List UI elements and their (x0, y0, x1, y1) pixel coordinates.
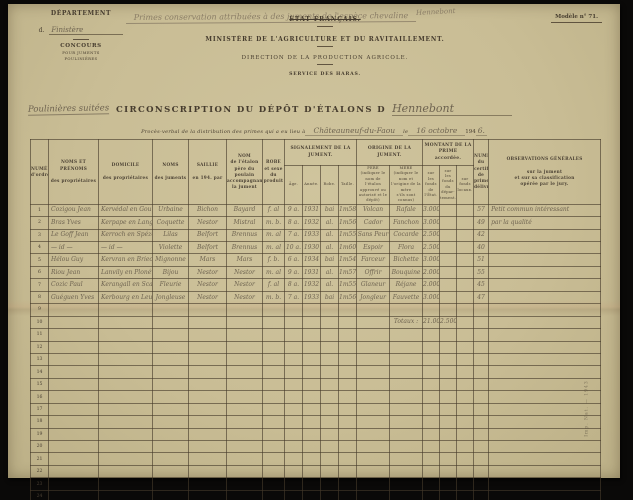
cell-robe_produit (263, 329, 285, 341)
cell-robe_produit: f. al (263, 279, 285, 291)
cell-num: 7 (31, 279, 49, 291)
cell-saillie: Belfort (189, 229, 227, 241)
col-header-observations: OBSERVATIONS GÉNÉRALES sur la jument et … (489, 140, 601, 205)
cell-observations (489, 242, 601, 254)
cell-certificat (474, 341, 489, 353)
cell-jument (153, 403, 189, 415)
cell-orig_mere: Rafale (390, 204, 423, 216)
cell-etalon (227, 353, 263, 365)
cell-prime_dept (440, 204, 457, 216)
table-row: 24 (31, 490, 601, 500)
cell-certificat: 40 (474, 242, 489, 254)
cell-sig_taille: 1m58 (339, 204, 357, 216)
cell-noms: Cozigou Jean (49, 204, 99, 216)
cell-num: 23 (31, 478, 49, 490)
cell-etalon (227, 441, 263, 453)
cell-prime_dept (440, 304, 457, 316)
cell-sig_robe: al. (321, 229, 339, 241)
cell-prime_etat: 2.000 (423, 279, 440, 291)
cell-sig_taille (339, 478, 357, 490)
cell-robe_produit (263, 378, 285, 390)
cell-prime_etat: 2.000 (423, 266, 440, 278)
cell-certificat (474, 353, 489, 365)
direction-line: DIRECTION DE LA PRODUCTION AGRICOLE. (175, 55, 475, 61)
cell-certificat: 51 (474, 254, 489, 266)
cell-num: 20 (31, 441, 49, 453)
cell-etalon: Nestor (227, 266, 263, 278)
subcol-header-pere: PÈRE (indiquer le nom de l'étalon approu… (357, 166, 390, 205)
table-row: 19 (31, 428, 601, 440)
page-title: CIRCONSCRIPTION DU DÉPÔT D'ÉTALONS D (116, 105, 386, 115)
cell-prime_locaux (457, 242, 474, 254)
cell-domicile: — id — (99, 242, 153, 254)
cell-sig_age (285, 441, 303, 453)
cell-noms (49, 465, 99, 477)
cell-sig_age: 8 a. (285, 279, 303, 291)
cell-etalon (227, 378, 263, 390)
subcol-header-taille: Taille. (339, 166, 357, 205)
cell-domicile (99, 490, 153, 500)
table-row: 9 (31, 304, 601, 316)
cell-num: 2 (31, 217, 49, 229)
group-header-signalement: SIGNALEMENT DE LA JUMENT. (285, 140, 357, 166)
cell-etalon (227, 490, 263, 500)
cell-prime_locaux (457, 229, 474, 241)
cell-noms (49, 341, 99, 353)
cell-orig_mere: Flora (390, 242, 423, 254)
cell-observations (489, 291, 601, 303)
document-page: DÉPARTEMENT d. Finistère CONCOURS POUR J… (8, 4, 620, 478)
cell-sig_age (285, 416, 303, 428)
cell-prime_dept (440, 366, 457, 378)
cell-prime_dept (440, 254, 457, 266)
cell-observations (489, 266, 601, 278)
cell-sig_annee (303, 428, 321, 440)
cell-sig_robe: al. (321, 217, 339, 229)
cell-certificat (474, 465, 489, 477)
cell-orig_pere (357, 416, 390, 428)
departement-prefix: d. (39, 27, 45, 34)
cell-prime_locaux (457, 465, 474, 477)
cell-sig_taille (339, 490, 357, 500)
cell-observations (489, 254, 601, 266)
cell-domicile: Kerbourg en Leuhan (99, 291, 153, 303)
cell-sig_annee (303, 416, 321, 428)
cell-domicile (99, 465, 153, 477)
cell-etalon (227, 366, 263, 378)
cell-orig_pere (357, 316, 390, 328)
cell-saillie (189, 391, 227, 403)
cell-etalon (227, 304, 263, 316)
cell-sig_robe (321, 304, 339, 316)
cell-prime_dept (440, 453, 457, 465)
cell-orig_pere: Farceur (357, 254, 390, 266)
cell-robe_produit (263, 465, 285, 477)
cell-etalon: Mars (227, 254, 263, 266)
table-row: 21 (31, 453, 601, 465)
cell-robe_produit (263, 391, 285, 403)
cell-prime_dept (440, 266, 457, 278)
cell-sig_age: 9 a. (285, 204, 303, 216)
cell-observations (489, 229, 601, 241)
cell-prime_locaux (457, 428, 474, 440)
cell-orig_mere (390, 453, 423, 465)
cell-certificat: 49 (474, 217, 489, 229)
cell-sig_robe: bai (321, 254, 339, 266)
cell-jument (153, 366, 189, 378)
cell-domicile (99, 391, 153, 403)
cell-certificat (474, 378, 489, 390)
cell-sig_annee (303, 366, 321, 378)
modele-number: Modèle n° 71. (551, 14, 602, 23)
subcol-header-age: Âge. (285, 166, 303, 205)
cell-noms (49, 453, 99, 465)
cell-prime_etat (423, 391, 440, 403)
table-row: 3Le Goff JeanKerroch en SpézetLilasBelfo… (31, 229, 601, 241)
cell-robe_produit (263, 490, 285, 500)
cell-num: 22 (31, 465, 49, 477)
table-row: 4— id —— id —VioletteBelfortBrennusm. al… (31, 242, 601, 254)
cell-observations (489, 304, 601, 316)
cell-robe_produit (263, 366, 285, 378)
cell-sig_age (285, 403, 303, 415)
cell-certificat (474, 304, 489, 316)
cell-prime_locaux (457, 279, 474, 291)
cell-jument (153, 465, 189, 477)
cell-orig_pere (357, 329, 390, 341)
cell-sig_taille (339, 341, 357, 353)
cell-prime_etat (423, 341, 440, 353)
cell-sig_robe (321, 453, 339, 465)
cell-orig_mere (390, 341, 423, 353)
cell-sig_age: 7 a. (285, 291, 303, 303)
cell-sig_age (285, 329, 303, 341)
divider-rule (317, 64, 333, 65)
cell-etalon (227, 391, 263, 403)
cell-orig_mere (390, 428, 423, 440)
cell-noms (49, 478, 99, 490)
cell-saillie (189, 403, 227, 415)
cell-etalon: Brennus (227, 229, 263, 241)
date-handwritten: 16 octobre (408, 126, 465, 136)
cell-domicile (99, 341, 153, 353)
table-row: 16 (31, 391, 601, 403)
cell-observations (489, 341, 601, 353)
cell-sig_age (285, 304, 303, 316)
table-row: 17 (31, 403, 601, 415)
col-header-robe-produit: ROBE et sexe du produit (263, 140, 285, 205)
cell-certificat (474, 428, 489, 440)
cell-orig_mere: Bouquine (390, 266, 423, 278)
cell-sig_robe (321, 316, 339, 328)
cell-certificat (474, 416, 489, 428)
cell-sig_annee: 1930 (303, 242, 321, 254)
cell-observations: Petit commun intéressant (489, 204, 601, 216)
cell-prime_dept (440, 341, 457, 353)
cell-domicile: Kervédal en Gourin (99, 204, 153, 216)
cell-orig_mere (390, 353, 423, 365)
cell-num: 10 (31, 316, 49, 328)
cell-num: 6 (31, 266, 49, 278)
table-row: 10Totaux :21.0002.500 (31, 316, 601, 328)
cell-prime_dept: 2.500 (440, 316, 457, 328)
cell-sig_age: 7 a. (285, 229, 303, 241)
cell-orig_pere (357, 478, 390, 490)
cell-robe_produit (263, 353, 285, 365)
year-handwritten: 6. (476, 126, 487, 136)
cell-etalon (227, 428, 263, 440)
cell-sig_taille (339, 378, 357, 390)
cell-sig_age: 10 a. (285, 242, 303, 254)
table-row: 14 (31, 366, 601, 378)
cell-observations: par la qualité (489, 217, 601, 229)
cell-etalon (227, 465, 263, 477)
cell-sig_annee: 1931 (303, 266, 321, 278)
cell-sig_annee: 1932 (303, 217, 321, 229)
cell-etalon: Brennus (227, 242, 263, 254)
cell-domicile (99, 428, 153, 440)
cell-orig_pere: Cador (357, 217, 390, 229)
subcol-header-mere: MÈRE (indiquer le nom et l'origine de la… (390, 166, 423, 205)
proces-verbal-line: Procès-verbal de la distribution des pri… (8, 126, 620, 135)
cell-sig_annee (303, 391, 321, 403)
cell-noms (49, 490, 99, 500)
cell-sig_annee (303, 304, 321, 316)
cell-domicile (99, 441, 153, 453)
cell-saillie (189, 341, 227, 353)
cell-sig_annee: 1933 (303, 229, 321, 241)
cell-jument (153, 341, 189, 353)
cell-sig_annee (303, 329, 321, 341)
cell-etalon (227, 453, 263, 465)
cell-certificat: 47 (474, 291, 489, 303)
cell-sig_age: 6 a. (285, 254, 303, 266)
cell-orig_pere: Jongleur (357, 291, 390, 303)
col-header-certificat: NUMÉRO du certificat de prime délivré. (474, 140, 489, 205)
cell-noms: Guéguen Yves (49, 291, 99, 303)
departement-line: d. Finistère (22, 17, 140, 36)
subcol-header-annee: Année. (303, 166, 321, 205)
cell-jument (153, 316, 189, 328)
cell-sig_annee (303, 490, 321, 500)
cell-saillie (189, 478, 227, 490)
cell-jument: Lilas (153, 229, 189, 241)
cell-sig_annee (303, 453, 321, 465)
cell-domicile (99, 453, 153, 465)
cell-robe_produit: f. b. (263, 254, 285, 266)
cell-domicile (99, 329, 153, 341)
cell-sig_taille (339, 403, 357, 415)
cell-sig_taille (339, 353, 357, 365)
cell-num: 13 (31, 353, 49, 365)
place-handwritten: Châteauneuf-du-Faou (305, 126, 403, 136)
divider-rule (317, 26, 333, 27)
cell-orig_mere (390, 478, 423, 490)
cell-sig_age: 8 a. (285, 217, 303, 229)
col-header-etalon: NOM de l'étalon père du poulain accompag… (227, 140, 263, 205)
concours-subtitle-1: POUR JUMENTS (22, 50, 140, 55)
cell-prime_etat: 3.000 (423, 204, 440, 216)
cell-prime_dept (440, 416, 457, 428)
cell-num: 4 (31, 242, 49, 254)
cell-saillie: Bichon (189, 204, 227, 216)
etat-francais-line: ÉTAT FRANÇAIS. (175, 16, 475, 23)
departement-block: DÉPARTEMENT d. Finistère CONCOURS POUR J… (22, 10, 140, 61)
cell-robe_produit: f. al (263, 204, 285, 216)
cell-sig_robe (321, 341, 339, 353)
cell-etalon: Nestor (227, 291, 263, 303)
concours-subtitle-2: POULINIÈRES (22, 56, 140, 61)
cell-noms: Riou Jean (49, 266, 99, 278)
depot-name-handwritten: Hennebont (392, 102, 512, 116)
cell-prime_locaux (457, 416, 474, 428)
departement-label: DÉPARTEMENT (22, 10, 140, 17)
cell-prime_locaux (457, 291, 474, 303)
table-row: 2Bras YvesKerpape en LangonnetCoquetteNe… (31, 217, 601, 229)
cell-prime_etat (423, 465, 440, 477)
cell-sig_robe (321, 465, 339, 477)
document-title: CIRCONSCRIPTION DU DÉPÔT D'ÉTALONS DHenn… (8, 102, 620, 116)
table-row: 1Cozigou JeanKervédal en GourinUrbaineBi… (31, 204, 601, 216)
cell-noms (49, 316, 99, 328)
cell-orig_pere (357, 490, 390, 500)
cell-jument: Jongleuse (153, 291, 189, 303)
cell-prime_dept (440, 391, 457, 403)
cell-noms (49, 428, 99, 440)
group-header-montant-prime: MONTANT DE LA PRIME accordée. (423, 140, 474, 166)
cell-prime_dept (440, 465, 457, 477)
cell-num: 3 (31, 229, 49, 241)
scanned-document: { "colors": {"paper":"#c9bd95","ink":"#4… (0, 0, 633, 500)
table-row: 6Riou JeanLanvily en PlonévezBijouNestor… (31, 266, 601, 278)
cell-robe_produit (263, 403, 285, 415)
cell-num: 8 (31, 291, 49, 303)
cell-orig_mere (390, 441, 423, 453)
cell-domicile (99, 403, 153, 415)
cell-sig_annee (303, 378, 321, 390)
cell-certificat (474, 490, 489, 500)
cell-domicile: Kervran en Briec (99, 254, 153, 266)
cell-orig_pere (357, 403, 390, 415)
cell-sig_robe (321, 441, 339, 453)
cell-num: 15 (31, 378, 49, 390)
cell-orig_mere: Fanchon (390, 217, 423, 229)
cell-num: 9 (31, 304, 49, 316)
cell-sig_taille (339, 316, 357, 328)
cell-num: 21 (31, 453, 49, 465)
table-row: 11 (31, 329, 601, 341)
cell-sig_age (285, 353, 303, 365)
cell-prime_dept (440, 478, 457, 490)
cell-prime_locaux (457, 204, 474, 216)
cell-sig_taille (339, 329, 357, 341)
cell-noms: Bras Yves (49, 217, 99, 229)
cell-saillie (189, 490, 227, 500)
year-printed: 194 (465, 129, 476, 135)
cell-certificat: 57 (474, 204, 489, 216)
cell-prime_etat (423, 304, 440, 316)
cell-domicile: Kerpape en Langonnet (99, 217, 153, 229)
cell-sig_taille (339, 465, 357, 477)
cell-sig_annee (303, 341, 321, 353)
cell-etalon: Mistral (227, 217, 263, 229)
cell-prime_etat (423, 329, 440, 341)
table-row: 22 (31, 465, 601, 477)
cell-etalon (227, 416, 263, 428)
cell-certificat (474, 329, 489, 341)
cell-prime_dept (440, 490, 457, 500)
cell-orig_pere (357, 428, 390, 440)
cell-sig_age (285, 341, 303, 353)
cell-num: 24 (31, 490, 49, 500)
cell-certificat (474, 403, 489, 415)
cell-prime_locaux (457, 391, 474, 403)
group-header-origine: ORIGINE DE LA JUMENT. (357, 140, 423, 166)
cell-certificat (474, 453, 489, 465)
cell-prime_locaux (457, 353, 474, 365)
cell-sig_taille (339, 366, 357, 378)
cell-orig_mere: Bichette (390, 254, 423, 266)
cell-orig_mere: Cocarde (390, 229, 423, 241)
cell-certificat: 55 (474, 266, 489, 278)
cell-saillie: Nestor (189, 266, 227, 278)
cell-prime_etat: 21.000 (423, 316, 440, 328)
cell-sig_robe (321, 416, 339, 428)
cell-prime_locaux (457, 341, 474, 353)
cell-etalon (227, 329, 263, 341)
cell-sig_annee (303, 465, 321, 477)
table-row: 7Cozic PaulKerangall en ScaërFleurieNest… (31, 279, 601, 291)
col-header-numeros: NUMÉROS d'ordre (31, 140, 49, 205)
cell-noms: — id — (49, 242, 99, 254)
table-row: 15 (31, 378, 601, 390)
cell-sig_taille: 1m56 (339, 291, 357, 303)
cell-noms (49, 353, 99, 365)
cell-sig_robe (321, 378, 339, 390)
cell-prime_locaux (457, 329, 474, 341)
cell-prime_etat: 3.000 (423, 217, 440, 229)
cell-prime_etat (423, 453, 440, 465)
cell-jument: Violette (153, 242, 189, 254)
cell-sig_annee (303, 478, 321, 490)
cell-robe_produit (263, 453, 285, 465)
cell-sig_annee (303, 353, 321, 365)
cell-prime_dept (440, 229, 457, 241)
cell-sig_taille (339, 428, 357, 440)
cell-jument (153, 378, 189, 390)
cell-etalon (227, 403, 263, 415)
cell-sig_annee: 1933 (303, 291, 321, 303)
cell-prime_etat (423, 416, 440, 428)
col-header-saillie: SAILLIE en 194. par (189, 140, 227, 205)
cell-saillie (189, 304, 227, 316)
cell-etalon: Nestor (227, 279, 263, 291)
cell-robe_produit (263, 304, 285, 316)
cell-saillie (189, 416, 227, 428)
cell-jument (153, 428, 189, 440)
cell-prime_dept (440, 291, 457, 303)
departement-value: Finistère (49, 26, 123, 35)
cell-prime_locaux (457, 217, 474, 229)
cell-etalon (227, 316, 263, 328)
cell-prime_dept (440, 353, 457, 365)
cell-prime_etat: 2.500 (423, 242, 440, 254)
cell-prime_etat: 3.000 (423, 291, 440, 303)
cell-num: 18 (31, 416, 49, 428)
table-body: 1Cozigou JeanKervédal en GourinUrbaineBi… (31, 204, 601, 500)
cell-orig_pere (357, 366, 390, 378)
cell-noms (49, 416, 99, 428)
